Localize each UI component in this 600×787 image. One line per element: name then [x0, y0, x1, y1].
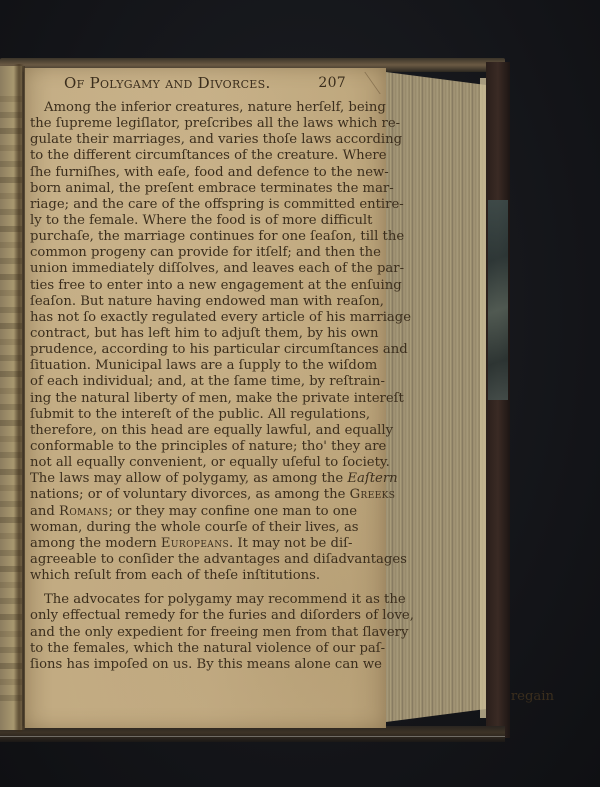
marbled-endpaper — [488, 200, 508, 400]
text-line: which reſult from each of theſe inſtitut… — [30, 568, 348, 584]
small-caps-text: Europeans — [161, 536, 229, 551]
text-line: to the different circumſtances of the cr… — [30, 148, 348, 164]
text-line: Among the inferior creatures, nature her… — [30, 100, 348, 116]
text-line: has not ſo exactly regulated every artic… — [30, 310, 348, 326]
text-line: nations; or of voluntary divorces, as am… — [30, 487, 348, 503]
text-line: ly to the female. Where the food is of m… — [30, 213, 348, 229]
text-line: ties free to enter into a new engagement… — [30, 278, 348, 294]
text-line: the ſupreme legiſlator, preſcribes all t… — [30, 116, 348, 132]
page-number: 207 — [318, 75, 346, 91]
text-line: ſituation. Municipal laws are a ſupply t… — [30, 358, 348, 374]
italic-text: Eaſtern — [347, 471, 397, 486]
page-body-text: Among the inferior creatures, nature her… — [30, 100, 348, 673]
text-line: to the females, which the natural violen… — [30, 641, 348, 657]
text-line: ſhe furniſhes, with eaſe, food and defen… — [30, 165, 348, 181]
text-line: ſeaſon. But nature having endowed man wi… — [30, 294, 348, 310]
text-line: ſions has impoſed on us. By this means a… — [30, 657, 348, 673]
text-line: woman, during the whole courſe of their … — [30, 520, 348, 536]
text-line: The advocates for polygamy may recommend… — [30, 592, 348, 608]
text-line: only effectual remedy for the furies and… — [30, 608, 348, 624]
text-line: contract, but has left him to adjuſt the… — [30, 326, 348, 342]
cover-bottom-fillet — [0, 736, 505, 737]
text-line: and the only expedient for freeing men f… — [30, 625, 348, 641]
small-caps-text: Romans — [59, 504, 108, 519]
catchword: regain — [511, 689, 554, 704]
running-head-title: Of Polygamy and Divorces. — [64, 74, 271, 92]
text-line: and Romans; or they may confine one man … — [30, 504, 348, 520]
paragraph-gap — [30, 584, 348, 592]
text-line: riage; and the care of the offspring is … — [30, 197, 348, 213]
page-block-edge-highlight — [480, 78, 486, 718]
book-cover-right-edge — [486, 62, 510, 738]
text-line: ſubmit to the intereſt of the public. Al… — [30, 407, 348, 423]
text-line: agreeable to conſider the advantages and… — [30, 552, 348, 568]
text-line: therefore, on this head are equally lawf… — [30, 423, 348, 439]
book-cover-bottom-edge — [0, 726, 505, 742]
text-line: ing the natural liberty of men, make the… — [30, 391, 348, 407]
text-line: among the modern Europeans. It may not b… — [30, 536, 348, 552]
running-head: Of Polygamy and Divorces. 207 — [64, 74, 346, 96]
text-line: not all equally convenient, or equally u… — [30, 455, 348, 471]
book-gutter — [22, 66, 25, 730]
text-line: prudence, according to his particular ci… — [30, 342, 348, 358]
text-line: The laws may allow of polygamy, as among… — [30, 471, 348, 487]
text-line: of each individual; and, at the ſame tim… — [30, 374, 348, 390]
text-line: born animal, the preſent embrace termina… — [30, 181, 348, 197]
text-line: purchaſe, the marriage continues for one… — [30, 229, 348, 245]
text-line: gulate their marriages, and varies thoſe… — [30, 132, 348, 148]
text-line: common progeny can provide for itſelf; a… — [30, 245, 348, 261]
text-line: conformable to the principles of nature;… — [30, 439, 348, 455]
small-caps-text: Greeks — [350, 487, 396, 502]
text-line: union immediately diſſolves, and leaves … — [30, 261, 348, 277]
